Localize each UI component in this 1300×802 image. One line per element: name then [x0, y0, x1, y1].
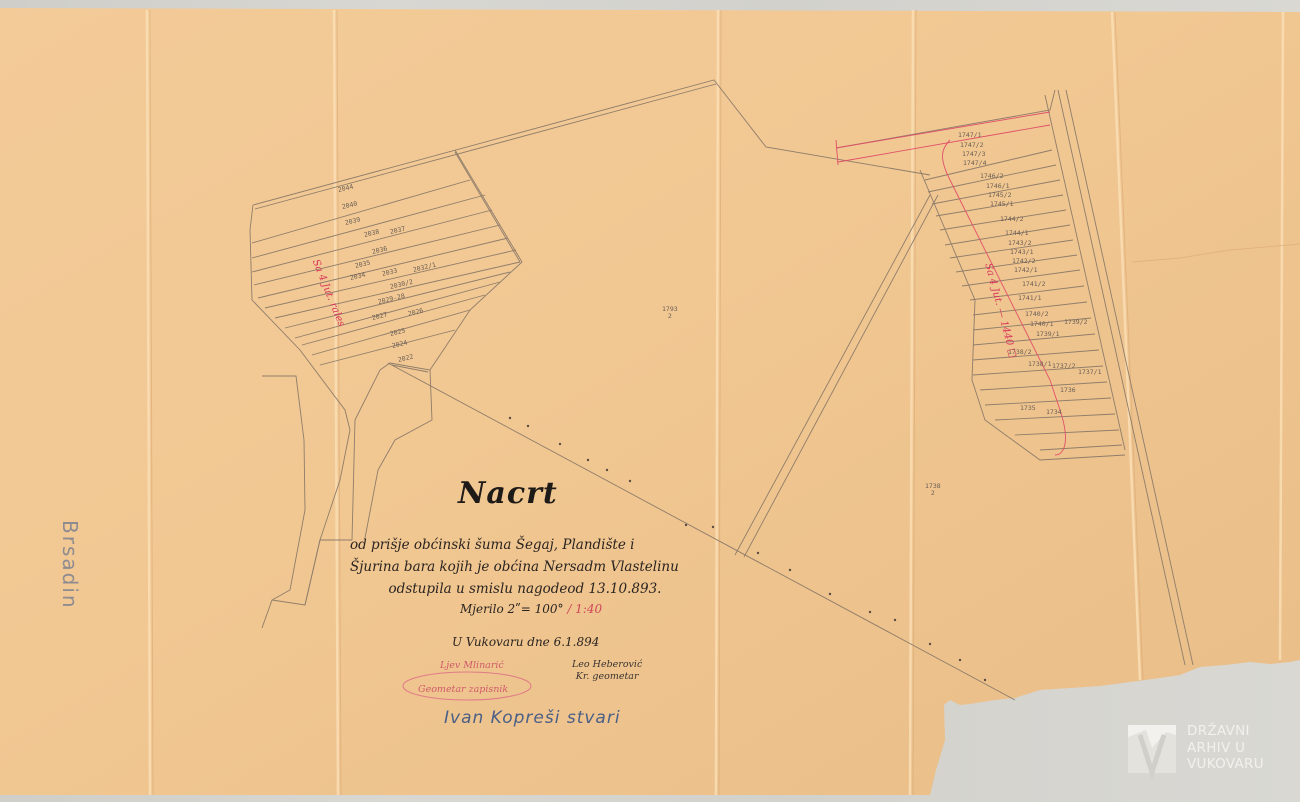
map-description: od prišje obćinski šuma Šegaj, Plandište…	[350, 534, 680, 600]
parcel-label: 1742/1	[1014, 266, 1037, 274]
scale-red-annotation: / 1:40	[567, 602, 602, 616]
place-date: U Vukovaru dne 6.1.894	[452, 635, 599, 649]
archive-logo-text: DRŽAVNI ARHIV U VUKOVARU	[1187, 723, 1264, 773]
pencil-margin-note: Brsadin	[58, 520, 82, 610]
parcel-label: 1739/1	[1036, 330, 1059, 338]
parcel-label: 1737/2	[1052, 362, 1075, 370]
parcel-label: 1744/2	[1000, 215, 1023, 223]
parcel-label: 1743/2	[1008, 239, 1031, 247]
parcel-label: 1747/1	[958, 131, 981, 139]
parcel-label: 1745/1	[990, 200, 1013, 208]
red-stamp-line1: Ljev Mlinarić	[440, 660, 504, 671]
parcel-label: 1745/2	[988, 191, 1011, 199]
map-sheet	[0, 0, 1300, 802]
area-label-lower-right: 1738 2	[925, 483, 941, 497]
description-line: od prišje obćinski šuma Šegaj, Plandište…	[350, 534, 680, 556]
parcel-label: 1746/1	[986, 182, 1009, 190]
red-stamp-line2: Geometar zapisnik	[418, 684, 508, 695]
parcel-label: 1741/1	[1018, 294, 1041, 302]
scale-label: Mjerilo 2ʺ= 100° / 1:40	[460, 602, 602, 616]
paper-sheet	[0, 8, 1300, 795]
parcel-label: 1737/1	[1078, 368, 1101, 376]
parcel-label: 1740/1	[1030, 320, 1053, 328]
parcel-label: 1738/1	[1028, 360, 1051, 368]
parcel-label: 1740/2	[1025, 310, 1048, 318]
area-label-center: 1793 2	[662, 306, 678, 320]
archive-logo-icon	[1128, 725, 1176, 773]
parcel-label: 1742/2	[1012, 257, 1035, 265]
parcel-label: 1743/1	[1010, 248, 1033, 256]
description-line: Šjurina bara kojih je obćina Nersadm Vla…	[350, 556, 680, 578]
parcel-label: 1747/3	[962, 150, 985, 158]
surveyor-signature: Leo Heberović Kr. geometar	[572, 659, 642, 683]
parcel-label: 1747/2	[960, 141, 983, 149]
parcel-label: 1734	[1046, 408, 1062, 416]
parcel-label: 1747/4	[963, 159, 986, 167]
parcel-label: 1739/2	[1064, 318, 1087, 326]
description-line: odstupila u smislu nagodeod 13.10.893.	[350, 578, 680, 600]
parcel-label: 1746/2	[980, 172, 1003, 180]
blue-handwritten-note: Ivan Kopreši stvari	[444, 708, 621, 728]
parcel-label: 1735	[1020, 404, 1036, 412]
parcel-label: 1736	[1060, 386, 1076, 394]
parcel-label: 1741/2	[1022, 280, 1045, 288]
parcel-label: 1744/1	[1005, 229, 1028, 237]
map-title: Nacrt	[458, 476, 558, 511]
